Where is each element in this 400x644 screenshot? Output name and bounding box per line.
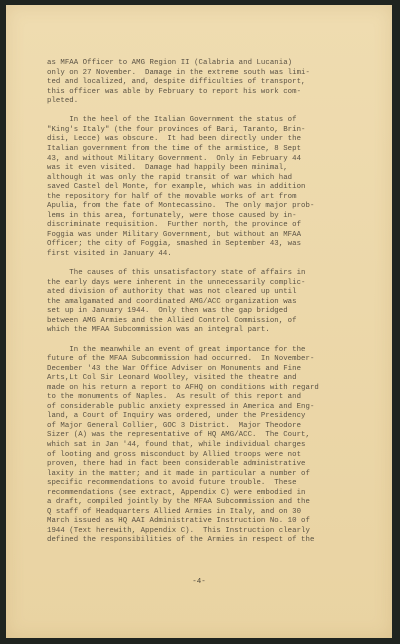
text-line: the amalgamated and coordinated AMG/ACC …	[47, 298, 367, 308]
text-line: ated division of authority that was not …	[47, 288, 367, 298]
text-line: the repository for half of the movable w…	[47, 193, 367, 203]
text-line: which sat in Jan '44, found that, while …	[47, 441, 367, 451]
paragraph-gap	[47, 107, 367, 117]
paragraph-gap	[47, 260, 367, 270]
text-line: set up in January 1944. Only then was th…	[47, 307, 367, 317]
text-line: saved Castel del Monte, for example, whi…	[47, 183, 367, 193]
text-line: recommendations (see extract, Appendix C…	[47, 489, 367, 499]
text-line: Sizer (A) was the representative of HQ A…	[47, 431, 367, 441]
text-line: ted and localized, and, despite difficul…	[47, 78, 367, 88]
text-line: "King's Italy" (the four provinces of Ba…	[47, 126, 367, 136]
text-line: as MFAA Officer to AMG Region II (Calabr…	[47, 59, 367, 69]
text-line: Officer; the city of Foggia, smashed in …	[47, 240, 367, 250]
text-line: future of the MFAA Subcommission had occ…	[47, 355, 367, 365]
text-line: of considerable public anxiety expressed…	[47, 403, 367, 413]
text-line: December '43 the War Office Adviser on M…	[47, 365, 367, 375]
text-line: a draft, compiled jointly by the MFAA Su…	[47, 498, 367, 508]
text-line: which the MFAA Subcommission was an inte…	[47, 326, 367, 336]
text-line: first visited in January 44.	[47, 250, 367, 260]
text-line: Q staff of Headquarters Allied Armies in…	[47, 508, 367, 518]
text-line: was it even visited. Damage had happily …	[47, 164, 367, 174]
text-line: proven, there had in fact been considera…	[47, 460, 367, 470]
text-line: this officer was able by February to rep…	[47, 88, 367, 98]
text-line: March issued as HQ AAI Administrative In…	[47, 517, 367, 527]
text-line: the early days were inherent in the unne…	[47, 279, 367, 289]
text-line: of looting and gross misconduct by Allie…	[47, 451, 367, 461]
paragraph-4: In the meanwhile an event of great impor…	[47, 346, 367, 546]
text-line: specific recommendations to avoid future…	[47, 479, 367, 489]
text-line: defined the responsibilities of the Armi…	[47, 536, 367, 546]
page-number: -4-	[6, 578, 392, 586]
paragraph-gap	[47, 336, 367, 346]
text-line: In the heel of the Italian Government th…	[47, 116, 367, 126]
paragraph-2: In the heel of the Italian Government th…	[47, 116, 367, 259]
text-line: although it was only the rapid transit o…	[47, 174, 367, 184]
text-line: lems in this area, fortunately, were tho…	[47, 212, 367, 222]
text-line: Foggia was under Military Government, bu…	[47, 231, 367, 241]
text-line: laxity in the matter; and it made in par…	[47, 470, 367, 480]
text-line: land, a Court of Inquiry was ordered, un…	[47, 412, 367, 422]
paragraph-1: as MFAA Officer to AMG Region II (Calabr…	[47, 59, 367, 107]
text-line: discriminate requisition. Further north,…	[47, 221, 367, 231]
text-line: disi, Lecce) was obscure. It had been di…	[47, 135, 367, 145]
text-line: In the meanwhile an event of great impor…	[47, 346, 367, 356]
text-line: 43, and without Military Government. Onl…	[47, 155, 367, 165]
document-page: as MFAA Officer to AMG Region II (Calabr…	[6, 5, 392, 638]
text-line: of Major General Collier, GOC 3 District…	[47, 422, 367, 432]
document-body: as MFAA Officer to AMG Region II (Calabr…	[47, 59, 367, 546]
text-line: The causes of this unsatisfactory state …	[47, 269, 367, 279]
text-line: between AMG Armies and the Allied Contro…	[47, 317, 367, 327]
text-line: Apulia, from the fate of Montecassino. T…	[47, 202, 367, 212]
paragraph-3: The causes of this unsatisfactory state …	[47, 269, 367, 336]
text-line: pleted.	[47, 97, 367, 107]
text-line: Arts,Lt Col Sir Leonard Woolley, visited…	[47, 374, 367, 384]
text-line: only on 27 November. Damage in the extre…	[47, 69, 367, 79]
text-line: Italian government from the time of the …	[47, 145, 367, 155]
text-line: 1944 (Text herewith, Appendix C). This I…	[47, 527, 367, 537]
text-line: made on his return a report to AFHQ on c…	[47, 384, 367, 394]
text-line: to the monuments of Naples. As result of…	[47, 393, 367, 403]
